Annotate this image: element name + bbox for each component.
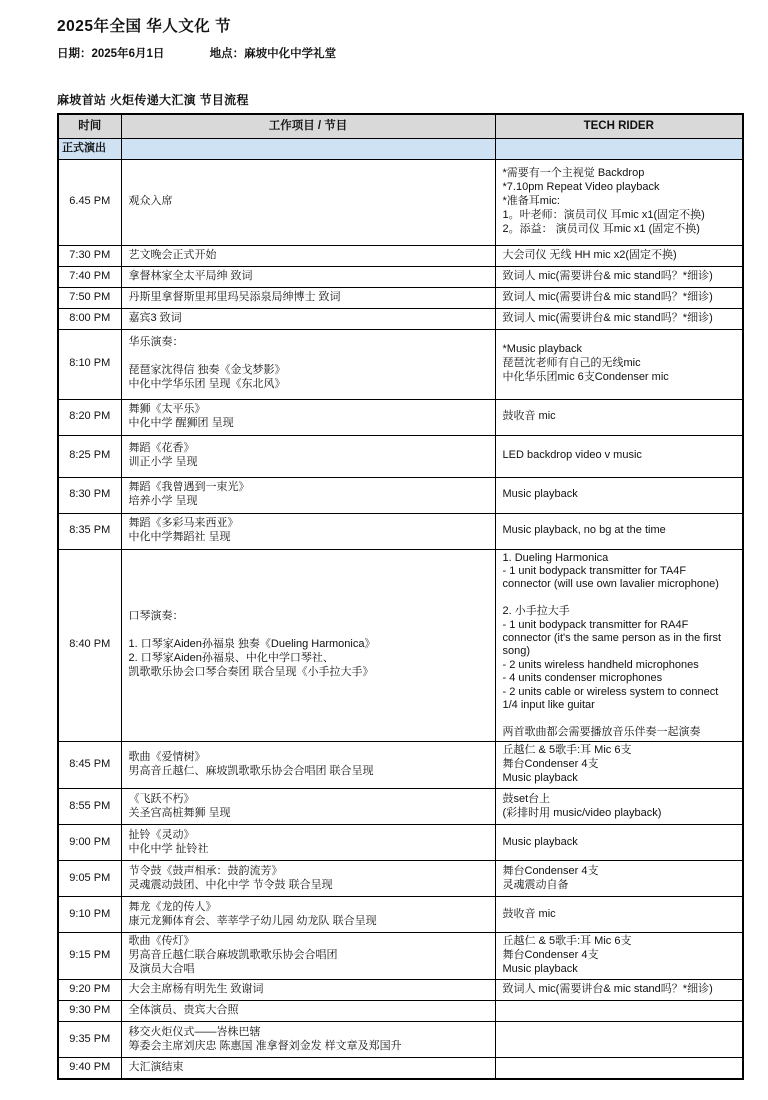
tech-rider-cell: 大会司仪 无线 HH mic x2(固定不换) xyxy=(495,245,743,266)
tech-rider-cell: 致词人 mic(需要讲台& mic stand吗？*细诊) xyxy=(495,308,743,329)
table-row: 8:55 PM 《飞跃不朽》 关圣宫高桩舞狮 呈现 鼓set台上 (彩排时用 m… xyxy=(58,789,743,825)
time-cell: 9:10 PM xyxy=(58,897,121,933)
tech-rider-cell xyxy=(495,1058,743,1079)
table-header-row: 时间 工作项目 / 节目 TECH RIDER xyxy=(58,114,743,138)
project-cell: 华乐演奏： 琵琶家沈得信 独奏《金戈梦影》 中化中学华乐团 呈现《东北风》 xyxy=(121,329,495,399)
time-cell: 9:15 PM xyxy=(58,933,121,980)
table-row: 6.45 PM 观众入席 *需要有一个主视觉 Backdrop *7.10pm … xyxy=(58,159,743,245)
table-row: 9:00 PM 扯铃《灵动》 中化中学 扯铃社 Music playback xyxy=(58,825,743,861)
time-cell: 9:40 PM xyxy=(58,1058,121,1079)
table-row: 9:20 PM 大会主席杨有明先生 致谢词 致词人 mic(需要讲台& mic … xyxy=(58,980,743,1001)
project-cell: 丹斯里拿督斯里邦里玛吴添泉局绅博士 致词 xyxy=(121,287,495,308)
table-row: 8:10 PM 华乐演奏： 琵琶家沈得信 独奏《金戈梦影》 中化中学华乐团 呈现… xyxy=(58,329,743,399)
project-cell: 全体演员、贵宾大合照 xyxy=(121,1001,495,1022)
tech-rider-cell: 致词人 mic(需要讲台& mic stand吗？*细诊) xyxy=(495,980,743,1001)
tech-rider-cell: Music playback xyxy=(495,825,743,861)
project-cell: 嘉宾3 致词 xyxy=(121,308,495,329)
project-cell: 大会主席杨有明先生 致谢词 xyxy=(121,980,495,1001)
section-row-spacer xyxy=(121,138,495,159)
table-row: 7:50 PM 丹斯里拿督斯里邦里玛吴添泉局绅博士 致词 致词人 mic(需要讲… xyxy=(58,287,743,308)
tech-rider-cell: Music playback, no bg at the time xyxy=(495,513,743,549)
time-cell: 7:30 PM xyxy=(58,245,121,266)
time-cell: 6.45 PM xyxy=(58,159,121,245)
section-title: 麻坡首站 火炬传递大汇演 节目流程 xyxy=(57,91,740,108)
project-cell: 舞龙《龙的传人》 康元龙狮体育会、莘莘学子幼儿园 幼龙队 联合呈现 xyxy=(121,897,495,933)
tech-rider-cell: 丘越仁 & 5歌手:耳 Mic 6支 舞台Condenser 4支 Music … xyxy=(495,742,743,789)
project-cell: 歌曲《传灯》 男高音丘越仁联合麻坡凯歌歌乐协会合唱团 及演员大合唱 xyxy=(121,933,495,980)
tech-rider-cell: LED backdrop video v music xyxy=(495,435,743,477)
table-row: 9:05 PM 节令鼓《鼓声相承：鼓韵流芳》 灵魂震动鼓团、中化中学 节令鼓 联… xyxy=(58,861,743,897)
table-row: 8:40 PM 口琴演奏： 1. 口琴家Aiden孙福泉 独奏《Dueling … xyxy=(58,549,743,742)
table-row: 9:35 PM 移交火炬仪式——峇株巴辖 筹委会主席刘庆忠 陈惠国 准拿督刘金发… xyxy=(58,1022,743,1058)
table-row: 8:35 PM 舞蹈《多彩马来西亚》 中化中学舞蹈社 呈现 Music play… xyxy=(58,513,743,549)
time-cell: 9:00 PM xyxy=(58,825,121,861)
tech-rider-cell: 丘越仁 & 5歌手:耳 Mic 6支 舞台Condenser 4支 Music … xyxy=(495,933,743,980)
table-row: 7:40 PM 拿督林家全太平局绅 致词 致词人 mic(需要讲台& mic s… xyxy=(58,266,743,287)
project-cell: 舞蹈《多彩马来西亚》 中化中学舞蹈社 呈现 xyxy=(121,513,495,549)
time-cell: 8:45 PM xyxy=(58,742,121,789)
date-label: 日期：2025年6月1日 xyxy=(57,48,164,60)
time-cell: 8:00 PM xyxy=(58,308,121,329)
time-cell: 7:40 PM xyxy=(58,266,121,287)
venue-label: 地点：麻坡中化中学礼堂 xyxy=(210,48,337,60)
section-row-spacer xyxy=(495,138,743,159)
project-cell: 歌曲《爱情树》 男高音丘越仁、麻坡凯歌歌乐协会合唱团 联合呈现 xyxy=(121,742,495,789)
document-page: 2025年全国 华人文化 节 日期：2025年6月1日 地点：麻坡中化中学礼堂 … xyxy=(0,0,768,1100)
table-row: 8:20 PM 舞狮《太平乐》 中化中学 醒狮团 呈现 鼓收音 mic xyxy=(58,399,743,435)
table-row: 8:45 PM 歌曲《爱情树》 男高音丘越仁、麻坡凯歌歌乐协会合唱团 联合呈现 … xyxy=(58,742,743,789)
project-cell: 大汇演结束 xyxy=(121,1058,495,1079)
page-title: 2025年全国 华人文化 节 xyxy=(57,14,740,36)
project-cell: 舞蹈《花香》 训正小学 呈现 xyxy=(121,435,495,477)
tech-rider-cell: *Music playback 琵琶沈老师有自己的无线mic 中化华乐团mic … xyxy=(495,329,743,399)
table-row: 9:15 PM 歌曲《传灯》 男高音丘越仁联合麻坡凯歌歌乐协会合唱团 及演员大合… xyxy=(58,933,743,980)
section-row-label: 正式演出 xyxy=(58,138,121,159)
section-row-formal-show: 正式演出 xyxy=(58,138,743,159)
time-cell: 8:20 PM xyxy=(58,399,121,435)
table-row: 8:30 PM 舞蹈《我曾遇到一束光》 培养小学 呈现 Music playba… xyxy=(58,477,743,513)
table-row: 8:00 PM 嘉宾3 致词 致词人 mic(需要讲台& mic stand吗？… xyxy=(58,308,743,329)
time-cell: 9:35 PM xyxy=(58,1022,121,1058)
time-cell: 7:50 PM xyxy=(58,287,121,308)
project-cell: 《飞跃不朽》 关圣宫高桩舞狮 呈现 xyxy=(121,789,495,825)
project-cell: 节令鼓《鼓声相承：鼓韵流芳》 灵魂震动鼓团、中化中学 节令鼓 联合呈现 xyxy=(121,861,495,897)
column-header-project: 工作项目 / 节目 xyxy=(121,114,495,138)
program-table: 时间 工作项目 / 节目 TECH RIDER 正式演出 6.45 PM 观众入… xyxy=(57,113,744,1080)
time-cell: 8:40 PM xyxy=(58,549,121,742)
project-cell: 拿督林家全太平局绅 致词 xyxy=(121,266,495,287)
tech-rider-cell: *需要有一个主视觉 Backdrop *7.10pm Repeat Video … xyxy=(495,159,743,245)
project-cell: 舞狮《太平乐》 中化中学 醒狮团 呈现 xyxy=(121,399,495,435)
table-row: 8:25 PM 舞蹈《花香》 训正小学 呈现 LED backdrop vide… xyxy=(58,435,743,477)
tech-rider-cell: 致词人 mic(需要讲台& mic stand吗？*细诊) xyxy=(495,266,743,287)
column-header-time: 时间 xyxy=(58,114,121,138)
table-row: 9:10 PM 舞龙《龙的传人》 康元龙狮体育会、莘莘学子幼儿园 幼龙队 联合呈… xyxy=(58,897,743,933)
tech-rider-cell: 1. Dueling Harmonica - 1 unit bodypack t… xyxy=(495,549,743,742)
project-cell: 口琴演奏： 1. 口琴家Aiden孙福泉 独奏《Dueling Harmonic… xyxy=(121,549,495,742)
tech-rider-cell: 致词人 mic(需要讲台& mic stand吗？*细诊) xyxy=(495,287,743,308)
project-cell: 舞蹈《我曾遇到一束光》 培养小学 呈现 xyxy=(121,477,495,513)
table-row: 7:30 PM 艺文晚会正式开始 大会司仪 无线 HH mic x2(固定不换) xyxy=(58,245,743,266)
table-row: 9:30 PM 全体演员、贵宾大合照 xyxy=(58,1001,743,1022)
time-cell: 9:05 PM xyxy=(58,861,121,897)
time-cell: 9:20 PM xyxy=(58,980,121,1001)
time-cell: 8:55 PM xyxy=(58,789,121,825)
project-cell: 移交火炬仪式——峇株巴辖 筹委会主席刘庆忠 陈惠国 准拿督刘金发 样文章及郑国升 xyxy=(121,1022,495,1058)
time-cell: 8:30 PM xyxy=(58,477,121,513)
tech-rider-cell: 鼓收音 mic xyxy=(495,399,743,435)
tech-rider-cell xyxy=(495,1001,743,1022)
column-header-tech-rider: TECH RIDER xyxy=(495,114,743,138)
tech-rider-cell: 鼓收音 mic xyxy=(495,897,743,933)
tech-rider-cell: 鼓set台上 (彩排时用 music/video playback) xyxy=(495,789,743,825)
meta-line: 日期：2025年6月1日 地点：麻坡中化中学礼堂 xyxy=(57,45,740,61)
time-cell: 9:30 PM xyxy=(58,1001,121,1022)
tech-rider-cell: Music playback xyxy=(495,477,743,513)
tech-rider-cell xyxy=(495,1022,743,1058)
project-cell: 扯铃《灵动》 中化中学 扯铃社 xyxy=(121,825,495,861)
table-row: 9:40 PM 大汇演结束 xyxy=(58,1058,743,1079)
project-cell: 艺文晚会正式开始 xyxy=(121,245,495,266)
time-cell: 8:10 PM xyxy=(58,329,121,399)
time-cell: 8:25 PM xyxy=(58,435,121,477)
time-cell: 8:35 PM xyxy=(58,513,121,549)
tech-rider-cell: 舞台Condenser 4支 灵魂震动自备 xyxy=(495,861,743,897)
project-cell: 观众入席 xyxy=(121,159,495,245)
